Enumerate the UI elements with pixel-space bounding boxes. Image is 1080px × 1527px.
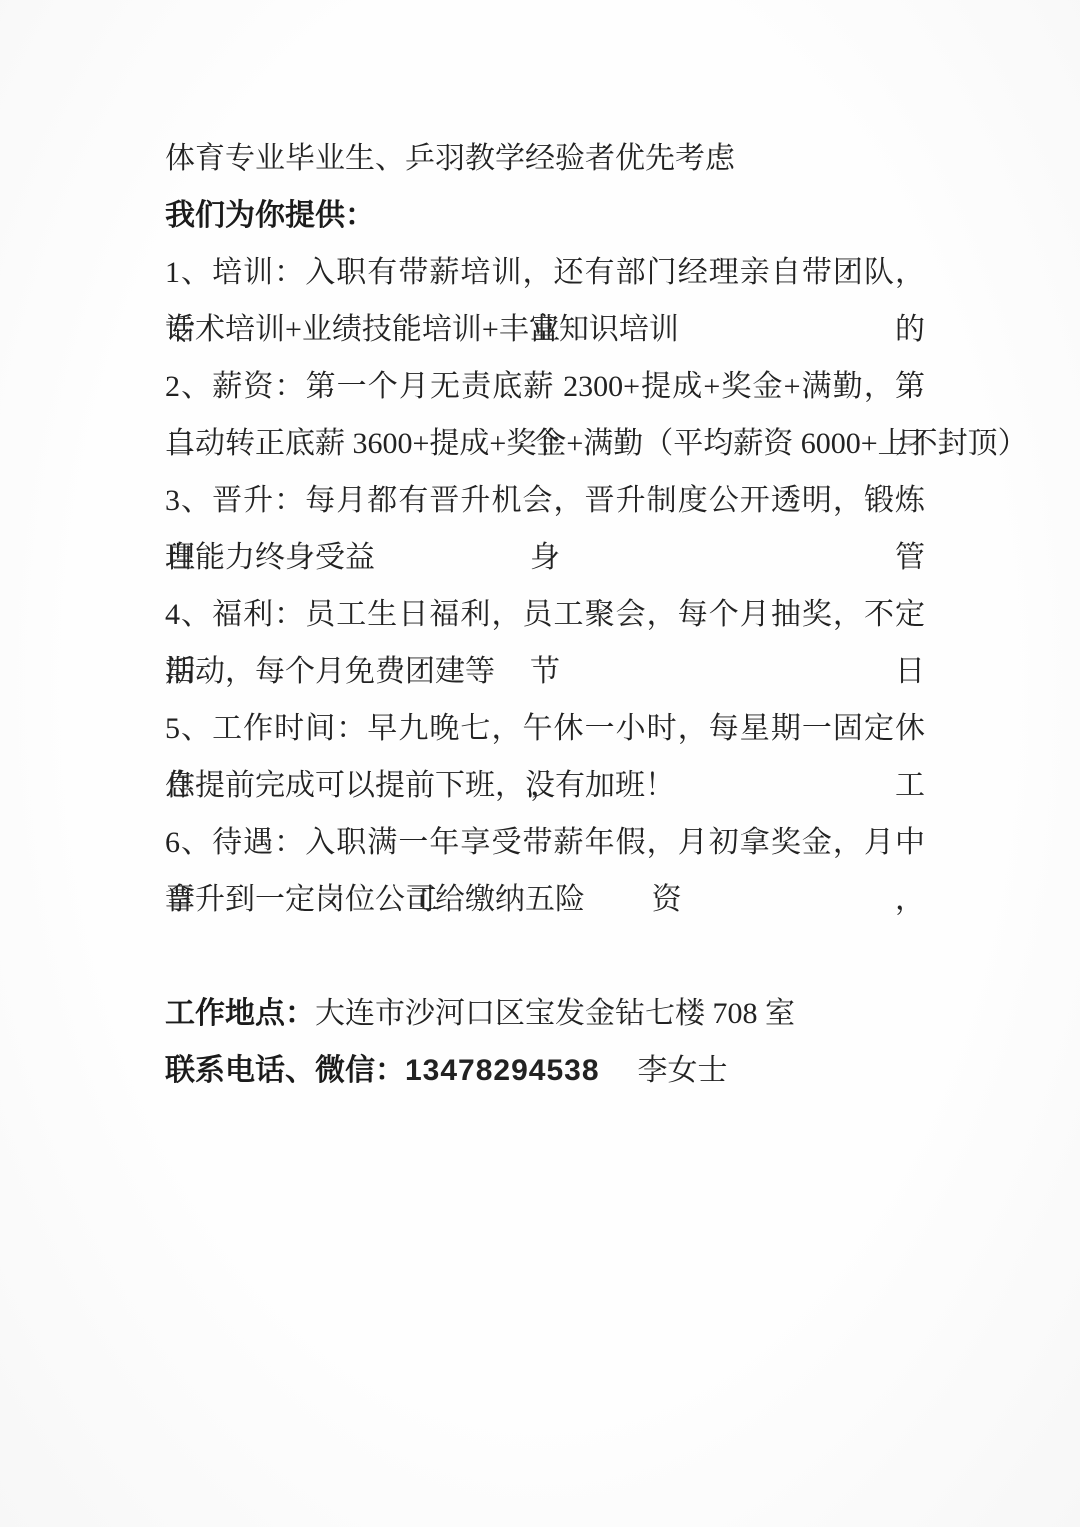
job-posting-body: 体育专业毕业生、乒羽教学经验者优先考虑 我们为你提供： 1、培训：入职有带薪培训…	[165, 130, 925, 1099]
blank-line	[165, 928, 925, 985]
document-page: 体育专业毕业生、乒羽教学经验者优先考虑 我们为你提供： 1、培训：入职有带薪培训…	[0, 0, 1080, 1527]
contact-label: 联系电话、微信：	[165, 1054, 405, 1087]
benefit-treatment-line-1: 6、待遇：入职满一年享受带薪年假，月初拿奖金，月中拿工资，	[165, 814, 925, 871]
benefit-promotion-line-1: 3、晋升：每月都有晋升机会，晋升制度公开透明，锻炼自身管	[165, 472, 925, 529]
work-location-label: 工作地点：	[165, 997, 315, 1030]
contact-line: 联系电话、微信：13478294538李女士	[165, 1042, 925, 1099]
priority-note-line: 体育专业毕业生、乒羽教学经验者优先考虑	[165, 130, 925, 187]
benefits-heading: 我们为你提供：	[165, 187, 925, 244]
benefit-training-line-1: 1、培训：入职有带薪培训，还有部门经理亲自带团队，专业的	[165, 244, 925, 301]
benefit-salary-line-1: 2、薪资：第一个月无责底薪 2300+提成+奖金+满勤，第二个月	[165, 358, 925, 415]
benefit-salary-line-2: 自动转正底薪 3600+提成+奖金+满勤（平均薪资 6000+上不封顶）	[165, 415, 925, 472]
contact-person-name: 李女士	[638, 1054, 728, 1087]
work-location-value: 大连市沙河口区宝发金钻七楼 708 室	[315, 997, 795, 1030]
work-location-line: 工作地点：大连市沙河口区宝发金钻七楼 708 室	[165, 985, 925, 1042]
benefit-hours-line-1: 5、工作时间：早九晚七，午休一小时，每星期一固定休息，工	[165, 700, 925, 757]
benefit-welfare-line-1: 4、福利：员工生日福利，员工聚会，每个月抽奖，不定期节日	[165, 586, 925, 643]
contact-phone-number: 13478294538	[405, 1054, 600, 1087]
